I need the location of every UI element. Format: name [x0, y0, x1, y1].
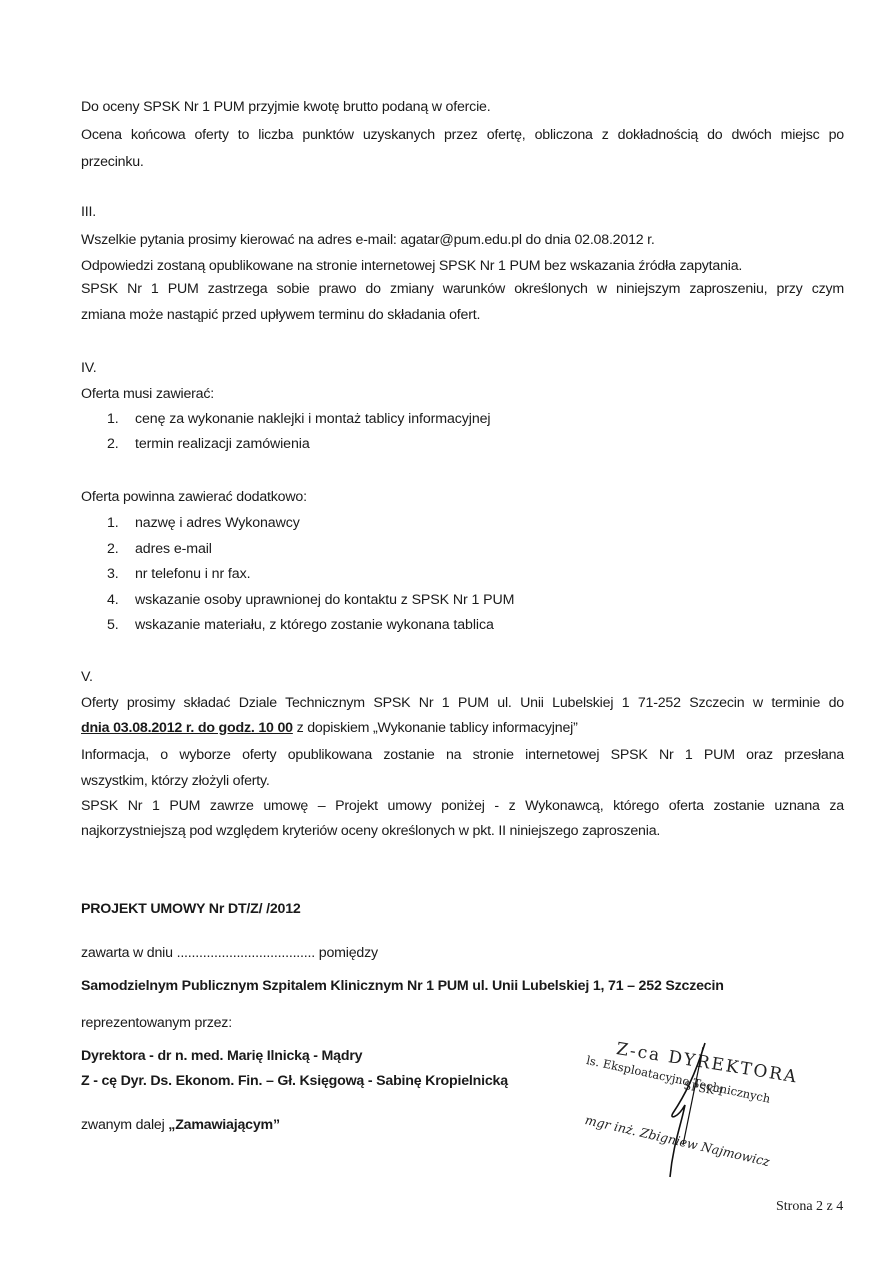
item-text: adres e-mail [135, 541, 212, 557]
section-III-line-3: SPSK Nr 1 PUM zastrzega sobie prawo do z… [81, 280, 844, 298]
ordering-party-name: „Zamawiającym” [168, 1117, 280, 1133]
intro-line-3: przecinku. [81, 153, 144, 171]
section-III-line-4: zmiana może nastąpić przed upływem termi… [81, 306, 480, 324]
must-item: 2.termin realizacji zamówienia [107, 435, 310, 453]
section-IV-heading: IV. [81, 359, 96, 377]
item-text: cenę za wykonanie naklejki i montaż tabl… [135, 411, 490, 427]
item-number: 2. [107, 435, 135, 453]
should-item: 1.nazwę i adres Wykonawcy [107, 514, 300, 532]
called-prefix: zwanym dalej [81, 1117, 168, 1133]
should-contain-label: Oferta powinna zawierać dodatkowo: [81, 488, 307, 506]
must-contain-label: Oferta musi zawierać: [81, 385, 214, 403]
should-item: 3.nr telefonu i nr fax. [107, 565, 250, 583]
item-number: 4. [107, 591, 135, 609]
called-hereinafter: zwanym dalej „Zamawiającym” [81, 1116, 280, 1134]
item-number: 5. [107, 616, 135, 634]
contract-party: Samodzielnym Publicznym Szpitalem Klinic… [81, 977, 724, 995]
section-V-line-1: Oferty prosimy składać Dziale Techniczny… [81, 694, 844, 712]
should-item: 4.wskazanie osoby uprawnionej do kontakt… [107, 591, 514, 609]
page-number: Strona 2 z 4 [776, 1199, 843, 1215]
item-text: wskazanie materiału, z którego zostanie … [135, 617, 494, 633]
contract-title: PROJEKT UMOWY Nr DT/Z/ /2012 [81, 900, 301, 918]
section-V-line-2: dnia 03.08.2012 r. do godz. 10 00 z dopi… [81, 719, 578, 737]
should-item: 5.wskazanie materiału, z którego zostani… [107, 616, 494, 634]
item-text: wskazanie osoby uprawnionej do kontaktu … [135, 592, 514, 608]
contract-concluded-line: zawarta w dniu .........................… [81, 944, 378, 962]
item-number: 2. [107, 540, 135, 558]
section-V-line-6: najkorzystniejszą pod względem kryteriów… [81, 822, 660, 840]
represented-by-label: reprezentowanym przez: [81, 1014, 232, 1032]
section-V-line-4: wszystkim, którzy złożyli oferty. [81, 772, 270, 790]
representative-2: Z - cę Dyr. Ds. Ekonom. Fin. – Gł. Księg… [81, 1072, 508, 1090]
item-number: 3. [107, 565, 135, 583]
annotation-text: z dopiskiem „Wykonanie tablicy informacy… [293, 720, 578, 736]
item-number: 1. [107, 410, 135, 428]
item-text: nazwę i adres Wykonawcy [135, 515, 300, 531]
section-V-line-5: SPSK Nr 1 PUM zawrze umowę – Projekt umo… [81, 797, 844, 815]
intro-line-2: Ocena końcowa oferty to liczba punktów u… [81, 126, 844, 144]
section-V-line-3: Informacja, o wyborze oferty opublikowan… [81, 746, 844, 764]
section-III-heading: III. [81, 203, 96, 221]
should-item: 2.adres e-mail [107, 540, 212, 558]
submission-deadline: dnia 03.08.2012 r. do godz. 10 00 [81, 720, 293, 736]
item-text: termin realizacji zamówienia [135, 436, 310, 452]
section-III-line-2: Odpowiedzi zostaną opublikowane na stron… [81, 257, 742, 275]
section-V-heading: V. [81, 668, 93, 686]
signature-icon [585, 1035, 835, 1185]
item-text: nr telefonu i nr fax. [135, 566, 250, 582]
intro-line-1: Do oceny SPSK Nr 1 PUM przyjmie kwotę br… [81, 98, 490, 116]
director-stamp: Z-ca DYREKTORA ls. Eksploatacyjno Techni… [585, 1035, 835, 1185]
item-number: 1. [107, 514, 135, 532]
section-III-line-1: Wszelkie pytania prosimy kierować na adr… [81, 231, 655, 249]
representative-1: Dyrektora - dr n. med. Marię Ilnicką - M… [81, 1047, 362, 1065]
must-item: 1.cenę za wykonanie naklejki i montaż ta… [107, 410, 490, 428]
